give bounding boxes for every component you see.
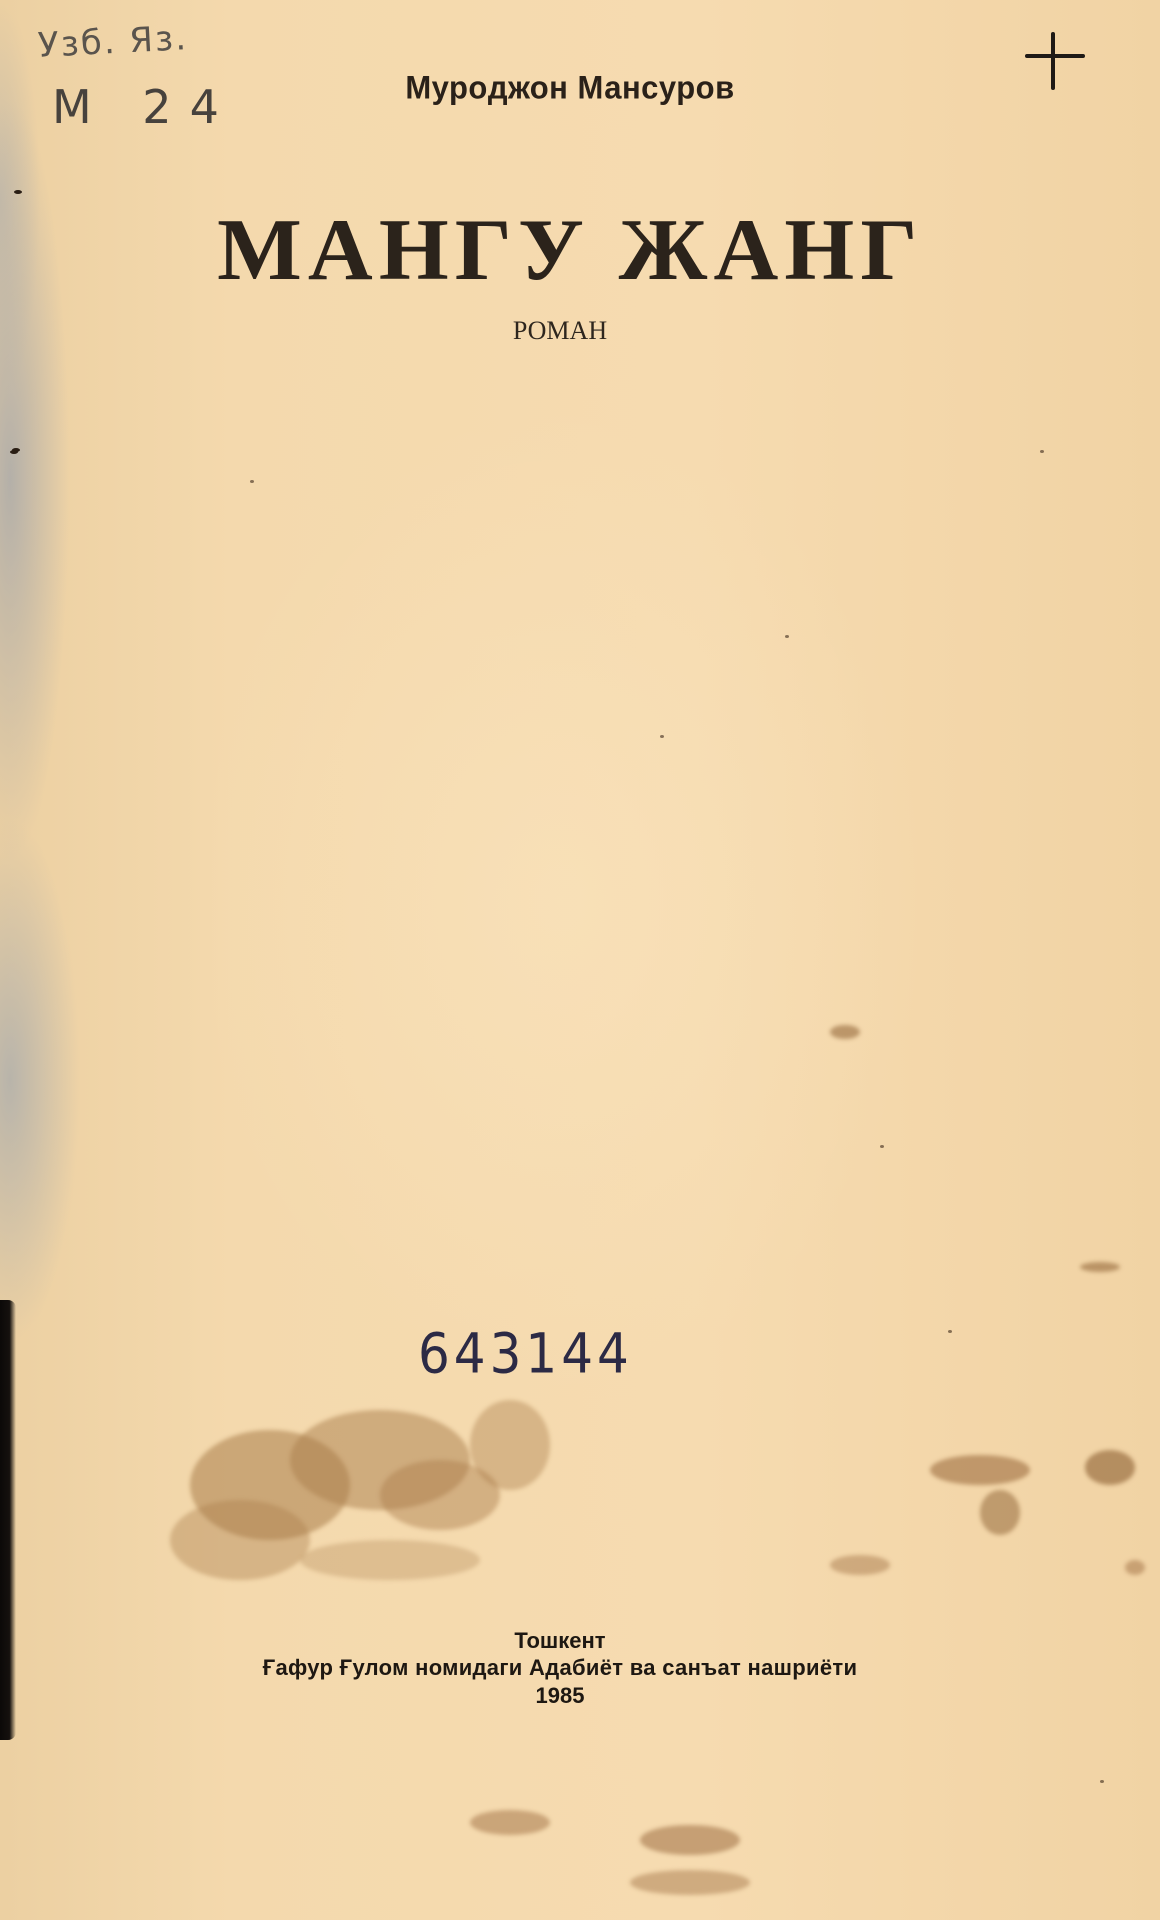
imprint-publisher: Ғафур Ғулом номидаги Адабиёт ва санъат н… bbox=[0, 1655, 1160, 1681]
speck bbox=[250, 480, 254, 483]
speck bbox=[785, 635, 789, 638]
stain bbox=[170, 1500, 310, 1580]
stain bbox=[830, 1555, 890, 1575]
stain bbox=[300, 1540, 480, 1580]
book-title: МАНГУ ЖАНГ bbox=[0, 200, 1160, 301]
speck bbox=[14, 190, 22, 194]
title-page: Узб. Яз. М 24 Мурoджон Мансуров МАНГУ ЖА… bbox=[0, 0, 1160, 1920]
inventory-number: 643144 bbox=[418, 1322, 633, 1386]
stain bbox=[1125, 1560, 1145, 1575]
stain bbox=[1080, 1262, 1120, 1272]
stain bbox=[1085, 1450, 1135, 1485]
imprint-city: Тошкент bbox=[0, 1628, 1160, 1654]
stain bbox=[470, 1400, 550, 1490]
genre-label: РОМАН bbox=[0, 316, 1160, 346]
speck bbox=[1100, 1780, 1104, 1783]
speck bbox=[12, 448, 20, 452]
stain bbox=[640, 1825, 740, 1855]
author-name: Мурoджон Мансуров bbox=[0, 70, 1160, 106]
stain bbox=[630, 1870, 750, 1895]
stain bbox=[830, 1025, 860, 1039]
imprint-year: 1985 bbox=[0, 1683, 1160, 1709]
speck bbox=[660, 735, 664, 738]
speck bbox=[948, 1330, 952, 1333]
stain bbox=[930, 1455, 1030, 1485]
stain bbox=[980, 1490, 1020, 1535]
speck bbox=[880, 1145, 884, 1148]
speck bbox=[1040, 450, 1044, 453]
call-number-line1: Узб. Яз. bbox=[37, 18, 189, 66]
stain bbox=[470, 1810, 550, 1835]
